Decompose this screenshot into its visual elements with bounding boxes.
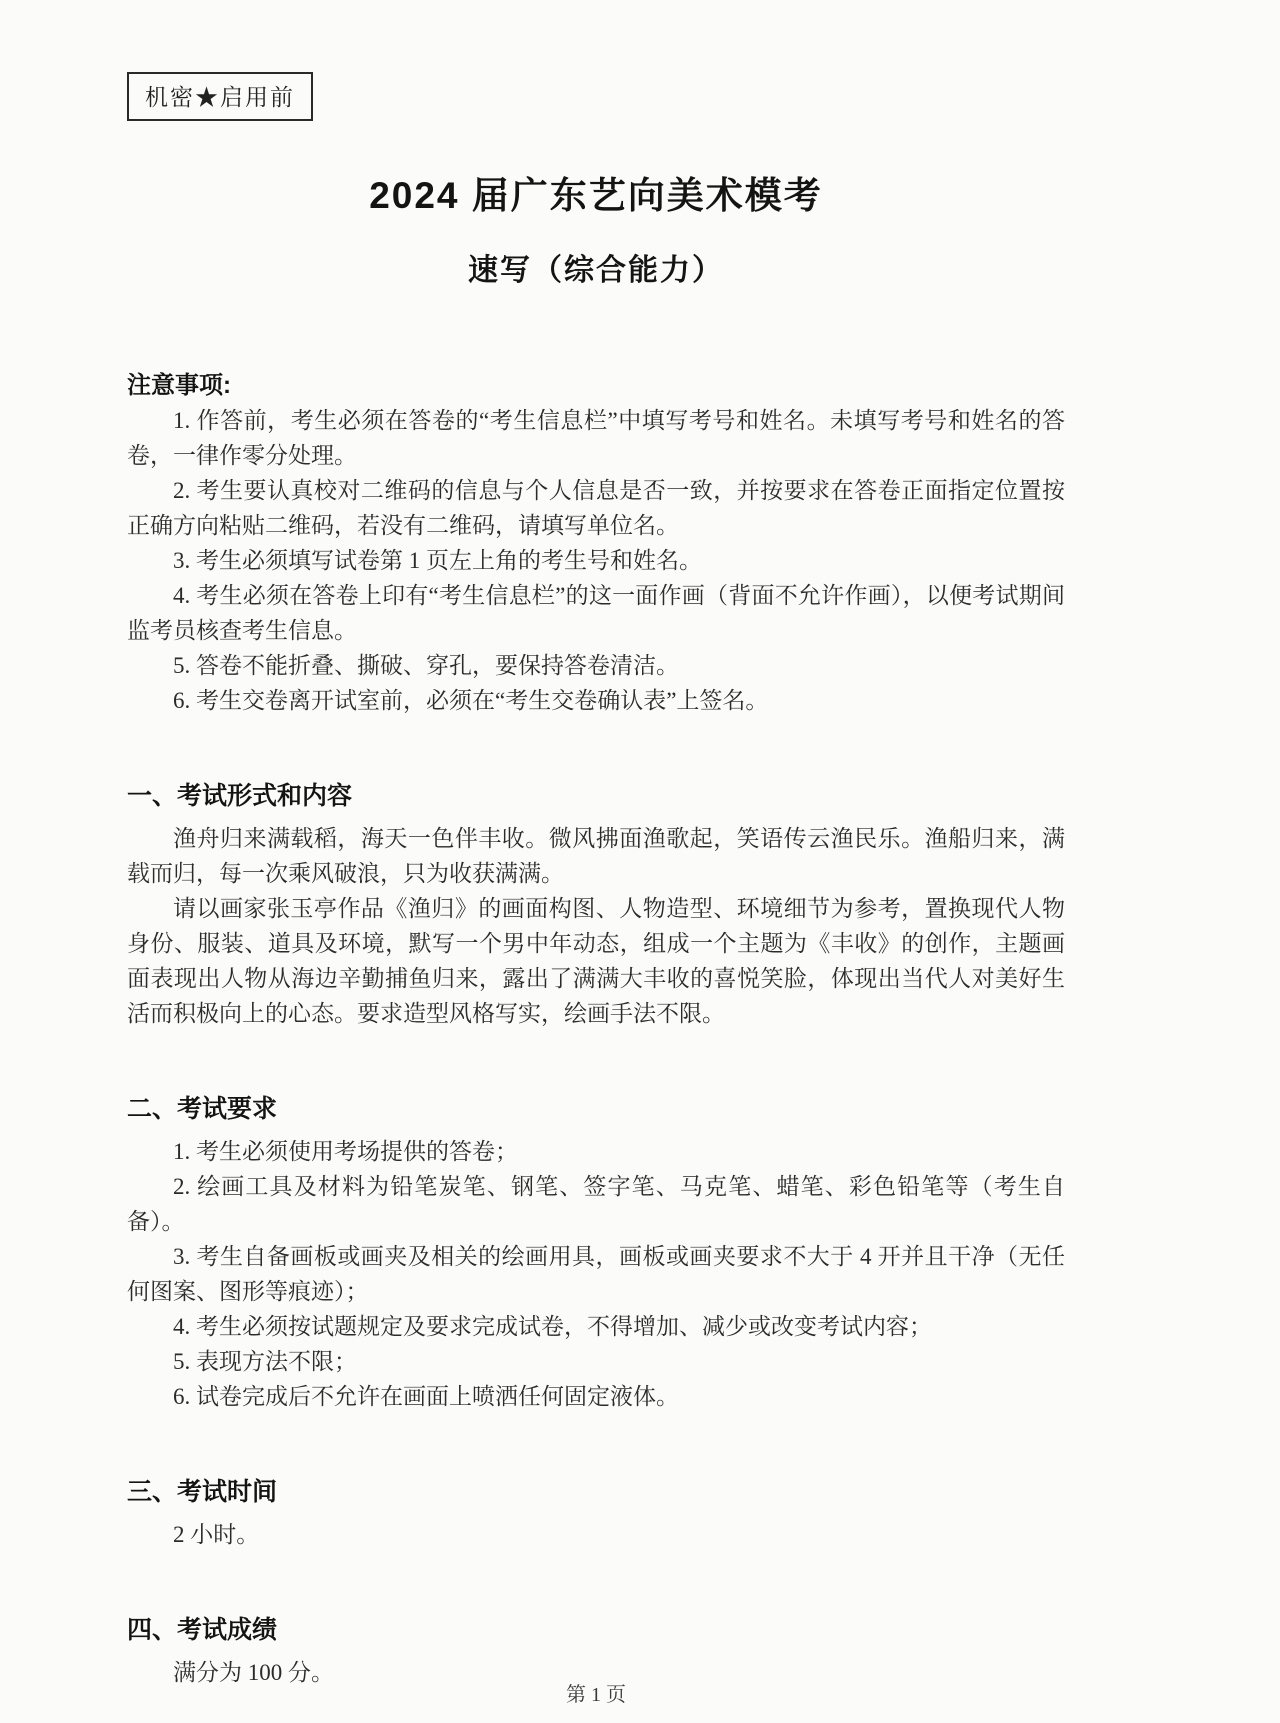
page-number: 第 1 页 xyxy=(127,1678,1065,1707)
page-subtitle: 速写（综合能力） xyxy=(127,245,1065,289)
exam-time-value: 2 小时。 xyxy=(127,1517,1065,1552)
notice-item-2: 2. 考生要认真校对二维码的信息与个人信息是否一致，并按要求在答卷正面指定位置按… xyxy=(127,473,1065,543)
notice-item-1: 1. 作答前，考生必须在答卷的“考生信息栏”中填写考号和姓名。未填写考号和姓名的… xyxy=(127,403,1065,473)
section-heading-exam-time: 三、考试时间 xyxy=(127,1472,1065,1508)
notice-item-4: 4. 考生必须在答卷上印有“考生信息栏”的这一面作画（背面不允许作画），以便考试… xyxy=(127,578,1065,648)
requirement-item-2: 2. 绘画工具及材料为铅笔炭笔、钢笔、签字笔、马克笔、蜡笔、彩色铅笔等（考生自备… xyxy=(127,1169,1065,1239)
requirement-item-1: 1. 考生必须使用考场提供的答卷； xyxy=(127,1134,1065,1169)
requirement-item-6: 6. 试卷完成后不允许在画面上喷洒任何固定液体。 xyxy=(127,1379,1065,1414)
requirement-item-5: 5. 表现方法不限； xyxy=(127,1344,1065,1379)
section-heading-exam-requirements: 二、考试要求 xyxy=(127,1089,1065,1125)
section-heading-exam-form-content: 一、考试形式和内容 xyxy=(127,776,1065,812)
exam-paper-page: 机密★启用前 2024 届广东艺向美术模考 速写（综合能力） 注意事项: 1. … xyxy=(0,0,1280,1723)
notice-item-5: 5. 答卷不能折叠、撕破、穿孔，要保持答卷清洁。 xyxy=(127,648,1065,683)
notice-item-6: 6. 考生交卷离开试室前，必须在“考生交卷确认表”上签名。 xyxy=(127,683,1065,718)
section-1-paragraph-2: 请以画家张玉亭作品《渔归》的画面构图、人物造型、环境细节为参考，置换现代人物身份… xyxy=(127,891,1065,1031)
notice-item-3: 3. 考生必须填写试卷第 1 页左上角的考生号和姓名。 xyxy=(127,543,1065,578)
notice-heading: 注意事项: xyxy=(127,365,1065,400)
requirement-item-4: 4. 考生必须按试题规定及要求完成试卷，不得增加、减少或改变考试内容； xyxy=(127,1309,1065,1344)
section-1-paragraph-1: 渔舟归来满载稻，海天一色伴丰收。微风拂面渔歌起，笑语传云渔民乐。渔船归来，满载而… xyxy=(127,821,1065,891)
requirement-item-3: 3. 考生自备画板或画夹及相关的绘画用具，画板或画夹要求不大于 4 开并且干净（… xyxy=(127,1239,1065,1309)
section-heading-exam-score: 四、考试成绩 xyxy=(127,1610,1065,1646)
secrecy-label: 机密★启用前 xyxy=(145,85,295,110)
page-title: 2024 届广东艺向美术模考 xyxy=(127,165,1065,219)
secrecy-label-box: 机密★启用前 xyxy=(127,72,313,121)
